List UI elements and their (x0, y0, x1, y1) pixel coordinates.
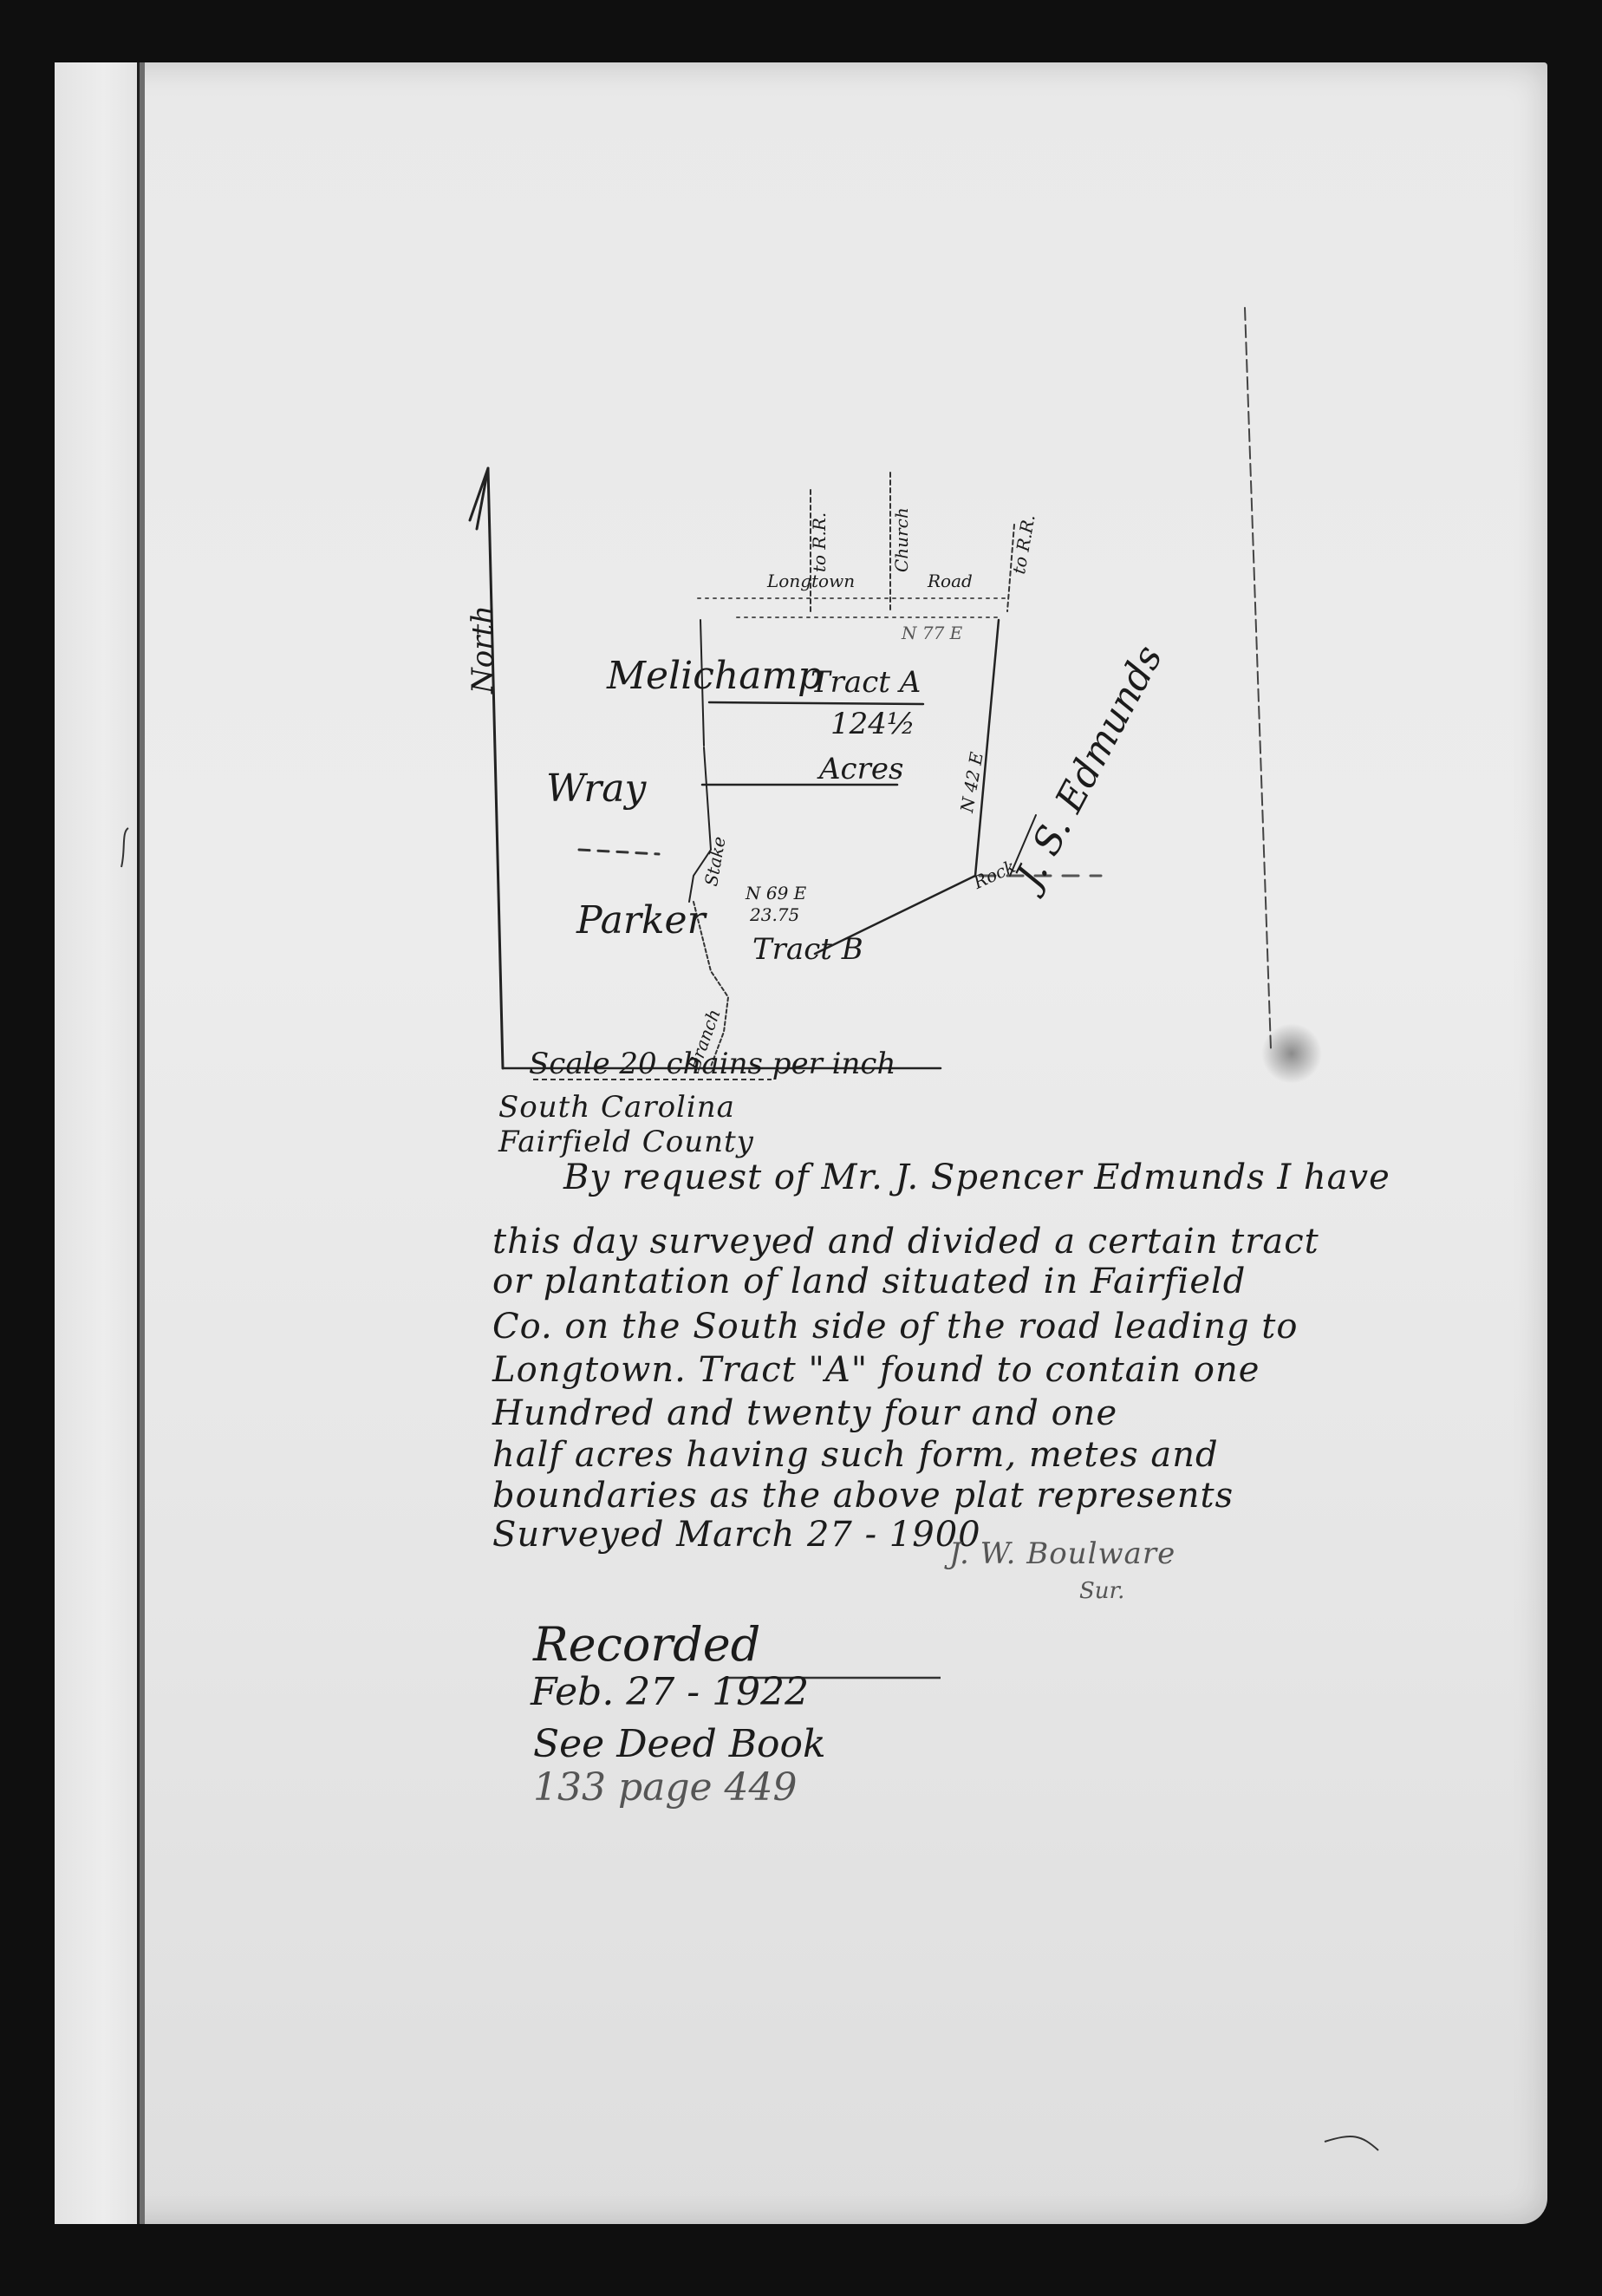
north-arrow-icon (470, 468, 488, 529)
owner-label-parker: Parker (576, 902, 706, 940)
road-label-right: Road (928, 572, 973, 590)
road-branch-1: to R.R. (811, 512, 828, 572)
certificate-line-3: or plantation of land situated in Fairfi… (492, 1264, 1246, 1299)
road-branch-2: Church (893, 507, 910, 572)
certificate-line-8: boundaries as the above plat represents (492, 1478, 1234, 1513)
state-heading: South Carolina (498, 1093, 735, 1122)
county-heading: Fairfield County (498, 1127, 754, 1157)
surveyor-signature: J. W. Boulware (949, 1539, 1175, 1569)
tract-b-label: Tract B (752, 935, 863, 964)
certificate-line-2: this day surveyed and divided a certain … (492, 1224, 1319, 1259)
owner-label-wray: Wray (546, 770, 646, 808)
certificate-line-7: half acres having such form, metes and (492, 1438, 1219, 1472)
deed-book-label: See Deed Book (533, 1725, 826, 1764)
surveyed-date: Surveyed March 27 - 1900 (492, 1517, 981, 1552)
plat-map-lines (0, 0, 1602, 2296)
certificate-line-1: By request of Mr. J. Spencer Edmunds I h… (563, 1160, 1390, 1195)
tract-a-acres-unit: Acres (819, 754, 903, 784)
certificate-line-6: Hundred and twenty four and one (492, 1396, 1117, 1431)
certificate-line-4: Co. on the South side of the road leadin… (492, 1309, 1298, 1344)
tract-a-label: Tract A (811, 668, 921, 697)
north-label: North (468, 605, 498, 694)
certificate-line-5: Longtown. Tract "A" found to contain one (492, 1353, 1260, 1387)
road-bearing-note: N 77 E (902, 624, 962, 642)
scale-label: Scale 20 chains per inch (529, 1049, 895, 1079)
bearing-label: N 69 E (746, 884, 806, 902)
recorded-date: Feb. 27 - 1922 (531, 1673, 809, 1712)
road-label-left: Longtown (767, 572, 855, 590)
owner-label-melichamp: Melichamp (607, 657, 822, 695)
recorded-label: Recorded (533, 1621, 760, 1668)
tract-a-acres-value: 124½ (830, 709, 915, 739)
distance-label: 23.75 (750, 906, 799, 923)
surveyor-title: Sur. (1079, 1580, 1124, 1602)
deed-book-page: 133 page 449 (533, 1769, 798, 1807)
